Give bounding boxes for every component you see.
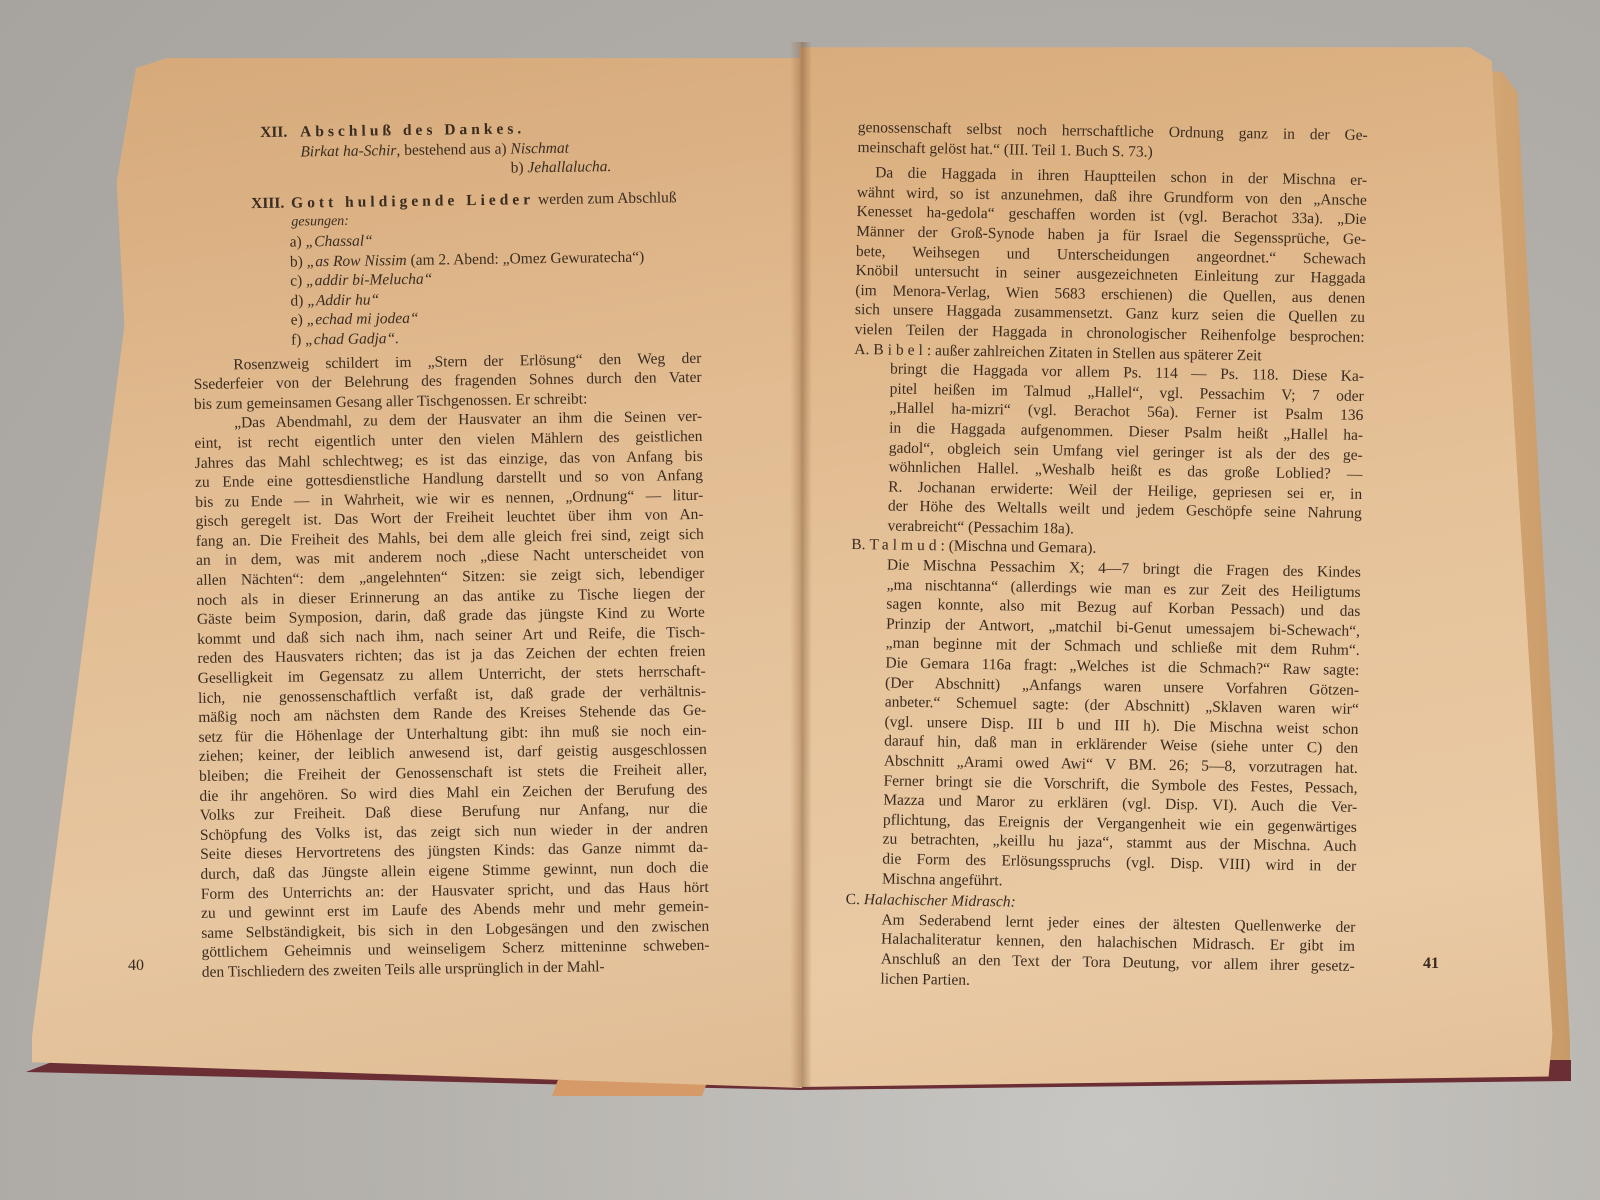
quote-end: genossenschaft selbst noch herrschaftlic…	[857, 118, 1368, 165]
section-title: Gott huldigende Lieder	[291, 191, 534, 211]
section-title: Abschluß des Dankes.	[300, 120, 525, 140]
term: Nischmat	[510, 139, 569, 157]
section-label: A.	[854, 341, 869, 358]
sources-intro-paragraph: Da die Haggada in ihren Hauptteilen scho…	[855, 163, 1368, 347]
section-title: Talmud	[869, 537, 940, 555]
term: Birkat ha-Schir	[300, 142, 396, 160]
section-numeral: XII.	[260, 122, 300, 142]
section-xii: XII.Abschluß des Dankes. Birkat ha-Schir…	[190, 117, 699, 183]
section-label: B.	[851, 536, 865, 553]
photo-scene: XII.Abschluß des Dankes. Birkat ha-Schir…	[0, 0, 1600, 1200]
section-numeral: XIII.	[251, 193, 291, 213]
right-page-text: genossenschaft selbst noch herrschaftlic…	[844, 118, 1368, 996]
label: b)	[511, 159, 528, 176]
section-label: C.	[846, 891, 860, 908]
page-number-left: 40	[128, 957, 144, 975]
section-title: Halachischer Midrasch:	[864, 891, 1016, 910]
left-page-text: XII.Abschluß des Dankes. Birkat ha-Schir…	[190, 117, 710, 983]
text: werden zum Abschluß	[534, 189, 677, 208]
section-body: Die Mischna Pessachim X; 4—7 bringt die …	[846, 555, 1361, 896]
section-xiii: XIII.Gott huldigende Lieder werden zum A…	[191, 188, 701, 352]
section-a-bible: A. Bibel: außer zahlreichen Zitaten in S…	[851, 340, 1364, 544]
section-b-talmud: B. Talmud: (Mischna und Gemara). Die Mis…	[846, 535, 1361, 896]
section-title: Bibel	[873, 341, 927, 359]
song-list: a) „Chassal“b) „as Row Nissim (am 2. Abe…	[252, 227, 702, 351]
term: Jehallalucha.	[527, 158, 611, 176]
text: , bestehend aus a)	[396, 140, 510, 159]
section-body: bringt die Haggada vor allem Ps. 114 — P…	[851, 359, 1364, 543]
section-subtitle: : (Mischna und Gemara).	[940, 538, 1096, 557]
section-c-midrash: C. Halachischer Midrasch: Am Sederabend …	[844, 890, 1355, 996]
left-body-text: Rosenzweig schildert im „Stern der Erlös…	[193, 348, 710, 982]
page-number-right: 41	[1423, 955, 1439, 973]
book-gutter	[790, 42, 812, 1087]
section-body: Am Sederabend lernt jeder eines der älte…	[844, 910, 1355, 996]
